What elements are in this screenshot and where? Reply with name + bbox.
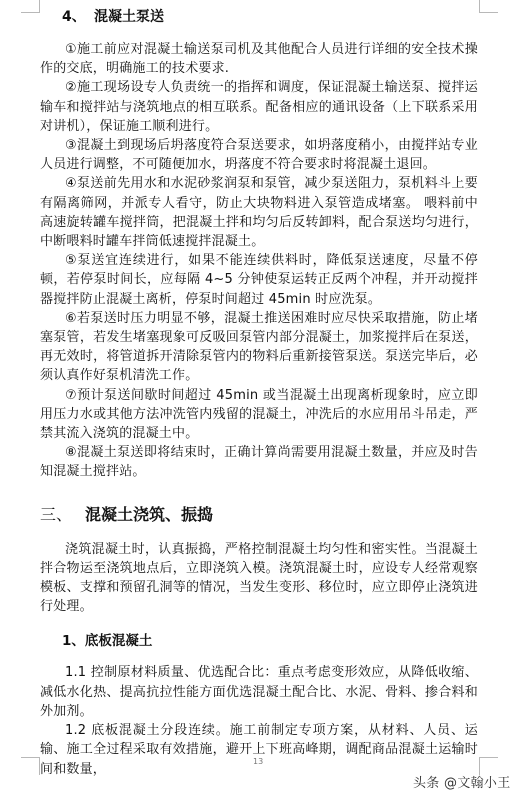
heading-title: 混凝土浇筑、振捣 [85, 505, 213, 524]
paragraph-slab-1: 1.1 控制原材料质量、优选配合比：重点考虑变形效应，从降低收缩、减低水化热、提… [40, 663, 478, 721]
paragraph-pump-6: ⑥若泵送时压力明显不够，混凝土推送困难时应尽快采取措施，防止堵塞泵管，若发生堵塞… [40, 309, 478, 386]
paragraph-pump-1: ①施工前应对混凝土输送泵司机及其他配合人员进行详细的安全技术操作的交底，明确施工… [40, 40, 478, 78]
heading-title: 底板混凝土 [85, 633, 153, 649]
document-body: 4、混凝土泵送 ①施工前应对混凝土输送泵司机及其他配合人员进行详细的安全技术操作… [40, 5, 478, 779]
paragraph-pump-5: ⑤泵送宜连续进行，如果不能连续供料时，降低泵送速度，尽量不停顿，若停泵时间长，应… [40, 251, 478, 309]
crop-mark-top-right [479, 0, 498, 13]
paragraph-slab-2: 1.2 底板混凝土分段连续。施工前制定专项方案，从材料、人员、运输、施工全过程采… [40, 721, 478, 779]
paragraph-pump-2: ②施工现场设专人负责统一的指挥和调度，保证混凝土输送泵、搅拌运输车和搅拌站与浇筑… [40, 78, 478, 136]
heading-concrete-pouring: 三、混凝土浇筑、振捣 [40, 500, 478, 530]
heading-floor-slab-concrete: 1、底板混凝土 [62, 630, 478, 652]
heading-number: 三、 [40, 500, 85, 530]
document-page: 4、混凝土泵送 ①施工前应对混凝土输送泵司机及其他配合人员进行详细的安全技术操作… [0, 0, 527, 800]
paragraph-pump-3: ③混凝土到现场后坍落度符合泵送要求，如坍落度稍小，由搅拌站专业人员进行调整，不可… [40, 136, 478, 174]
watermark: 头条 @文翰小王 [413, 772, 511, 791]
heading-number: 1、 [62, 633, 85, 649]
paragraph-pump-8: ⑧混凝土泵送即将结束时，正确计算尚需要用混凝土数量，并应及时告知混凝土搅拌站。 [40, 443, 478, 481]
crop-mark-top-left [21, 0, 40, 13]
paragraph-pump-4: ④泵送前先用水和水泥砂浆润泵和泵管，减少泵送阻力，泵机料斗上要有隔离筛网，并派专… [40, 174, 478, 251]
heading-concrete-pumping: 4、混凝土泵送 [62, 6, 478, 28]
crop-mark-bottom-left [21, 757, 40, 775]
page-number: 13 [253, 757, 263, 766]
heading-number: 4、 [62, 6, 94, 28]
heading-title: 混凝土泵送 [94, 9, 164, 25]
paragraph-pump-7: ⑦预计泵送间歇时间超过 45min 或当混凝土出现离析现象时，应立即用压力水或其… [40, 386, 478, 444]
paragraph-pouring-intro: 浇筑混凝土时，认真振捣，严格控制混凝土均匀性和密实性。当混凝土拌合物运至浇筑地点… [40, 540, 478, 617]
